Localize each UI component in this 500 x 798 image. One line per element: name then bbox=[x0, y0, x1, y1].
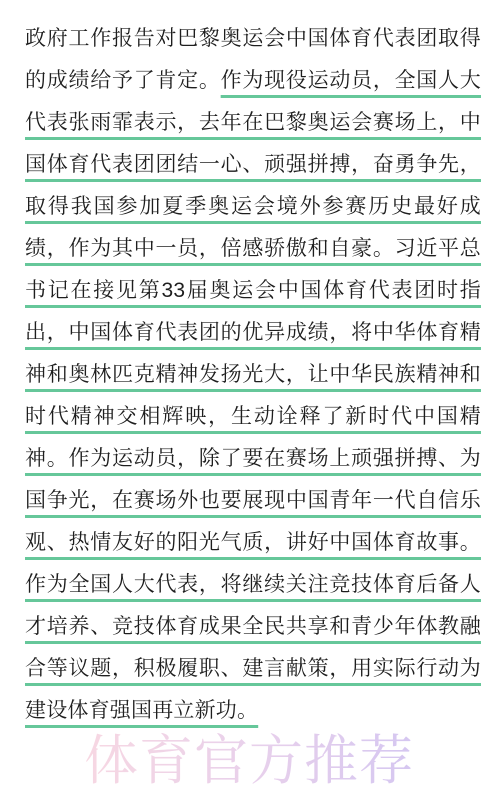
article-paragraph: 政府工作报告对巴黎奥运会中国体育代表团取得的成绩给予了肯定。作为现役运动员，全国… bbox=[25, 18, 481, 732]
article-underlined-text: 作为现役运动员，全国人大代表张雨霏表示，去年在巴黎奥运会赛场上，中国体育代表团团… bbox=[25, 69, 481, 722]
